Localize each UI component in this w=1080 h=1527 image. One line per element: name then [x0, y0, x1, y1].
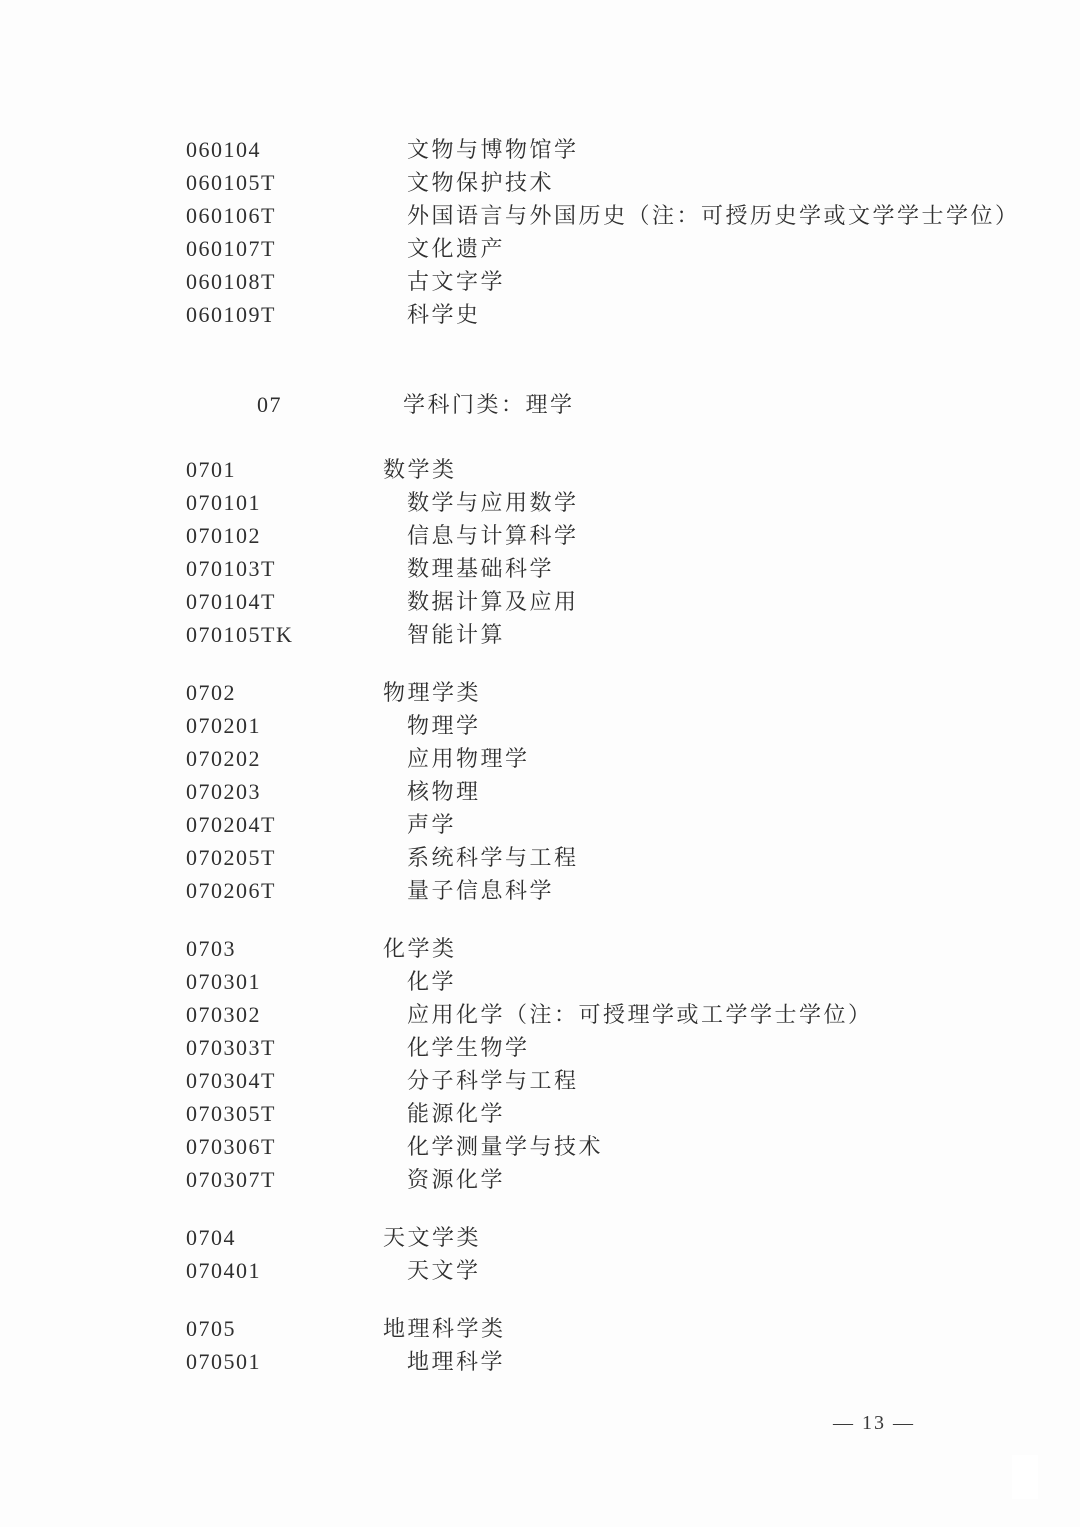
- section-header: 07学科门类：理学: [0, 388, 1080, 421]
- catalog-row: 070101数学与应用数学: [0, 486, 1080, 519]
- catalog-row: 060108T古文字学: [0, 265, 1080, 298]
- major-name: 化学测量学与技术: [407, 1134, 603, 1159]
- major-code: 070104T: [186, 585, 383, 618]
- major-name: 科学史: [407, 302, 481, 327]
- category-group: 0703化学类070301化学070302应用化学（注：可授理学或工学学士学位）…: [0, 932, 1080, 1196]
- major-code: 070205T: [186, 841, 383, 874]
- major-code: 070105TK: [186, 618, 383, 651]
- category-group: 0705地理科学类070501地理科学: [0, 1312, 1080, 1378]
- major-name: 信息与计算科学: [407, 523, 579, 548]
- major-code: 0704: [186, 1221, 383, 1254]
- discipline-catalog: 060104文物与博物馆学060105T文物保护技术060106T外国语言与外国…: [0, 133, 1080, 1378]
- major-code: 070307T: [186, 1163, 383, 1196]
- major-code: 070203: [186, 775, 383, 808]
- category-group: 0702物理学类070201物理学070202应用物理学070203核物理070…: [0, 676, 1080, 907]
- catalog-row: 070204T声学: [0, 808, 1080, 841]
- major-code: 070201: [186, 709, 383, 742]
- major-name: 数理基础科学: [407, 556, 554, 581]
- category-group: 0701数学类070101数学与应用数学070102信息与计算科学070103T…: [0, 453, 1080, 651]
- catalog-row: 070206T量子信息科学: [0, 874, 1080, 907]
- major-name: 古文字学: [407, 269, 505, 294]
- catalog-row: 0701数学类: [0, 453, 1080, 486]
- document-page: 060104文物与博物馆学060105T文物保护技术060106T外国语言与外国…: [0, 0, 1080, 1527]
- catalog-row: 070201物理学: [0, 709, 1080, 742]
- major-name: 文物保护技术: [407, 170, 554, 195]
- major-name: 核物理: [407, 779, 481, 804]
- section-code: 07: [257, 388, 403, 421]
- section-title: 学科门类：理学: [403, 392, 575, 417]
- major-name: 系统科学与工程: [407, 845, 579, 870]
- catalog-row: 070401天文学: [0, 1254, 1080, 1287]
- catalog-row: 060107T文化遗产: [0, 232, 1080, 265]
- major-code: 0701: [186, 453, 383, 486]
- catalog-row: 070105TK智能计算: [0, 618, 1080, 651]
- catalog-row: 070303T化学生物学: [0, 1031, 1080, 1064]
- major-name: 外国语言与外国历史（注：可授历史学或文学学士学位）: [407, 203, 1020, 228]
- major-code: 0703: [186, 932, 383, 965]
- major-code: 070302: [186, 998, 383, 1031]
- major-code: 070305T: [186, 1097, 383, 1130]
- major-name: 数学与应用数学: [407, 490, 579, 515]
- major-code: 0705: [186, 1312, 383, 1345]
- catalog-row: 070202应用物理学: [0, 742, 1080, 775]
- major-code: 060109T: [186, 298, 383, 331]
- major-name: 化学生物学: [407, 1035, 530, 1060]
- major-name: 化学: [407, 969, 456, 994]
- major-name: 物理学: [407, 713, 481, 738]
- major-code: 070103T: [186, 552, 383, 585]
- catalog-row: 070205T系统科学与工程: [0, 841, 1080, 874]
- major-code: 070202: [186, 742, 383, 775]
- catalog-row: 0703化学类: [0, 932, 1080, 965]
- major-name: 应用物理学: [407, 746, 530, 771]
- major-code: 060105T: [186, 166, 383, 199]
- catalog-row: 070305T能源化学: [0, 1097, 1080, 1130]
- catalog-row: 060104文物与博物馆学: [0, 133, 1080, 166]
- major-code: 070206T: [186, 874, 383, 907]
- major-name: 应用化学（注：可授理学或工学学士学位）: [407, 1002, 873, 1027]
- major-name: 数据计算及应用: [407, 589, 579, 614]
- major-name: 数学类: [383, 457, 457, 482]
- major-code: 070501: [186, 1345, 383, 1378]
- catalog-row: 0705地理科学类: [0, 1312, 1080, 1345]
- major-name: 天文学类: [383, 1225, 481, 1250]
- catalog-row: 070103T数理基础科学: [0, 552, 1080, 585]
- major-code: 070306T: [186, 1130, 383, 1163]
- major-name: 分子科学与工程: [407, 1068, 579, 1093]
- major-name: 文物与博物馆学: [407, 137, 579, 162]
- major-code: 060104: [186, 133, 383, 166]
- major-name: 天文学: [407, 1258, 481, 1283]
- major-name: 地理科学类: [383, 1316, 506, 1341]
- catalog-row: 070501地理科学: [0, 1345, 1080, 1378]
- major-name: 化学类: [383, 936, 457, 961]
- major-name: 地理科学: [407, 1349, 505, 1374]
- major-code: 070303T: [186, 1031, 383, 1064]
- major-name: 能源化学: [407, 1101, 505, 1126]
- major-code: 070204T: [186, 808, 383, 841]
- major-code: 070102: [186, 519, 383, 552]
- catalog-row: 070302应用化学（注：可授理学或工学学士学位）: [0, 998, 1080, 1031]
- catalog-row: 070307T资源化学: [0, 1163, 1080, 1196]
- major-code: 070301: [186, 965, 383, 998]
- major-name: 文化遗产: [407, 236, 505, 261]
- scan-artifact: [1012, 1455, 1038, 1499]
- catalog-row: 070104T数据计算及应用: [0, 585, 1080, 618]
- catalog-row: 0702物理学类: [0, 676, 1080, 709]
- major-name: 量子信息科学: [407, 878, 554, 903]
- major-code: 060108T: [186, 265, 383, 298]
- major-code: 060106T: [186, 199, 383, 232]
- catalog-row: 070102信息与计算科学: [0, 519, 1080, 552]
- catalog-row: 070301化学: [0, 965, 1080, 998]
- category-group: 060104文物与博物馆学060105T文物保护技术060106T外国语言与外国…: [0, 133, 1080, 331]
- major-code: 0702: [186, 676, 383, 709]
- category-group: 0704天文学类070401天文学: [0, 1221, 1080, 1287]
- catalog-row: 070304T分子科学与工程: [0, 1064, 1080, 1097]
- catalog-row: 060105T文物保护技术: [0, 166, 1080, 199]
- catalog-row: 070306T化学测量学与技术: [0, 1130, 1080, 1163]
- major-name: 智能计算: [407, 622, 505, 647]
- page-number: — 13 —: [826, 1407, 922, 1440]
- major-name: 资源化学: [407, 1167, 505, 1192]
- major-name: 声学: [407, 812, 456, 837]
- catalog-row: 0704天文学类: [0, 1221, 1080, 1254]
- major-code: 070304T: [186, 1064, 383, 1097]
- major-code: 070401: [186, 1254, 383, 1287]
- catalog-row: 060109T科学史: [0, 298, 1080, 331]
- catalog-row: 060106T外国语言与外国历史（注：可授历史学或文学学士学位）: [0, 199, 1080, 232]
- major-name: 物理学类: [383, 680, 481, 705]
- major-code: 060107T: [186, 232, 383, 265]
- major-code: 070101: [186, 486, 383, 519]
- catalog-row: 070203核物理: [0, 775, 1080, 808]
